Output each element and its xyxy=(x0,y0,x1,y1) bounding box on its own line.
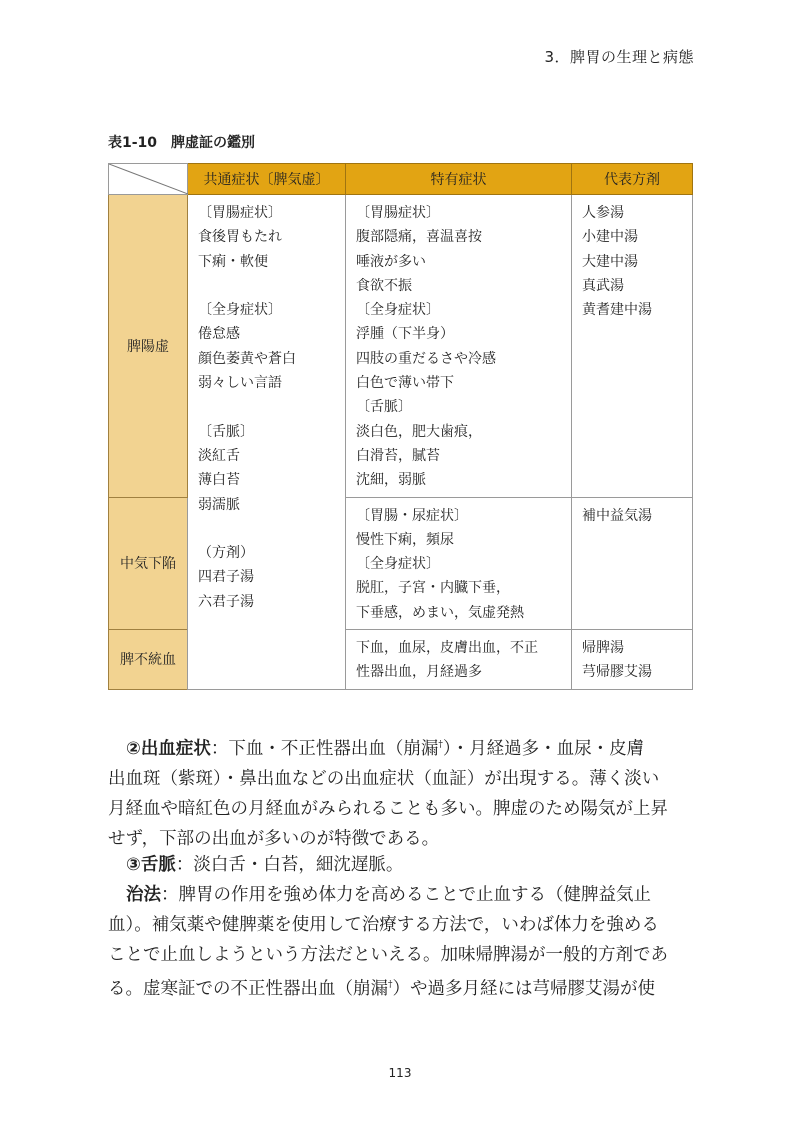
specific-symptoms-cell: 〔胃腸症状〕腹部隠痛，喜温喜按唾液が多い食欲不振〔全身症状〕浮腫（下半身）四肢の… xyxy=(346,195,572,498)
text-line: 出血斑（紫斑）・鼻出血などの出血症状（血証）が出現する。薄く淡い xyxy=(108,764,692,794)
paragraph-treatment: 治法：脾胃の作用を強め体力を高めることで止血する（健脾益気止 血）。補気薬や健脾… xyxy=(108,880,692,1004)
list-item: 白滑苔，膩苔 xyxy=(356,444,561,468)
list-item: 淡白色，肥大歯痕， xyxy=(356,420,561,444)
text-run: ）や過多月経には芎帰膠艾湯が使 xyxy=(393,979,656,999)
running-head: 3．脾胃の生理と病態 xyxy=(544,46,694,67)
list-item: 食後胃もたれ xyxy=(198,225,335,249)
text-run: ：下血・不正性器出血（崩漏 xyxy=(211,739,439,759)
list-item: 〔全身症状〕 xyxy=(356,552,561,576)
formulas-list: 帰脾湯芎帰膠艾湯 xyxy=(572,630,692,689)
section-heading: ③舌脈 xyxy=(126,855,176,875)
list-item: 性器出血，月経過多 xyxy=(356,660,561,684)
row-label: 脾陽虚 xyxy=(109,195,188,498)
header-formulas: 代表方剤 xyxy=(572,164,693,195)
list-item: 〔舌脈〕 xyxy=(198,420,335,444)
list-item: 〔胃腸症状〕 xyxy=(198,201,335,225)
list-item: 下痢・軟便 xyxy=(198,250,335,274)
page-number: 113 xyxy=(0,1066,800,1080)
header-specific-symptoms: 特有症状 xyxy=(346,164,572,195)
header-common-symptoms: 共通症状〔脾気虚〕 xyxy=(188,164,346,195)
list-item: 下垂感，めまい，気虚発熱 xyxy=(356,601,561,625)
blank-line xyxy=(198,517,335,541)
list-item: 帰脾湯 xyxy=(582,636,682,660)
list-item: 薄白苔 xyxy=(198,468,335,492)
list-item: 食欲不振 xyxy=(356,274,561,298)
list-item: 芎帰膠艾湯 xyxy=(582,660,682,684)
list-item: 〔全身症状〕 xyxy=(198,298,335,322)
list-item: 小建中湯 xyxy=(582,225,682,249)
section-heading: 治法 xyxy=(126,885,161,905)
list-item: 〔胃腸・尿症状〕 xyxy=(356,504,561,528)
specific-symptoms-list: 下血，血尿，皮膚出血，不正性器出血，月経過多 xyxy=(346,630,571,689)
list-item: 唾液が多い xyxy=(356,250,561,274)
specific-symptoms-list: 〔胃腸症状〕腹部隠痛，喜温喜按唾液が多い食欲不振〔全身症状〕浮腫（下半身）四肢の… xyxy=(346,195,571,497)
list-item: 倦怠感 xyxy=(198,322,335,346)
list-item: 〔舌脈〕 xyxy=(356,395,561,419)
list-item: 沈細，弱脈 xyxy=(356,468,561,492)
list-item: 真武湯 xyxy=(582,274,682,298)
text-line: 月経血や暗紅色の月経血がみられることも多い。脾虚のため陽気が上昇 xyxy=(108,794,692,824)
table-caption: 表1-10 脾虚証の鑑別 xyxy=(108,132,255,152)
row-label: 中気下陥 xyxy=(109,497,188,629)
specific-symptoms-cell: 〔胃腸・尿症状〕慢性下痢，頻尿〔全身症状〕脱肛，子宮・内臓下垂，下垂感，めまい，… xyxy=(346,497,572,629)
list-item: 浮腫（下半身） xyxy=(356,322,561,346)
list-item: 慢性下痢，頻尿 xyxy=(356,528,561,552)
common-symptoms-cell: 〔胃腸症状〕食後胃もたれ下痢・軟便〔全身症状〕倦怠感顔色萎黄や蒼白弱々しい言語〔… xyxy=(188,195,346,690)
specific-symptoms-list: 〔胃腸・尿症状〕慢性下痢，頻尿〔全身症状〕脱肛，子宮・内臓下垂，下垂感，めまい，… xyxy=(346,498,571,629)
list-item: 四肢の重だるさや冷感 xyxy=(356,347,561,371)
section-heading: ②出血症状 xyxy=(126,739,211,759)
formulas-cell: 帰脾湯芎帰膠艾湯 xyxy=(572,630,693,690)
diagonal-line-icon xyxy=(109,164,188,194)
text-run: る。虚寒証での不正性器出血（崩漏 xyxy=(108,979,388,999)
differentiation-table: 共通症状〔脾気虚〕 特有症状 代表方剤 脾陽虚 〔胃腸症状〕食後胃もたれ下痢・軟… xyxy=(108,163,693,690)
formulas-cell: 補中益気湯 xyxy=(572,497,693,629)
list-item: 顔色萎黄や蒼白 xyxy=(198,347,335,371)
list-item: 脱肛，子宮・内臓下垂， xyxy=(356,576,561,600)
list-item: 四君子湯 xyxy=(198,565,335,589)
list-item: 淡紅舌 xyxy=(198,444,335,468)
list-item: 腹部隠痛，喜温喜按 xyxy=(356,225,561,249)
list-item: 六君子湯 xyxy=(198,590,335,614)
paragraph-tongue-pulse: ③舌脈：淡白舌・白苔，細沈遅脈。 xyxy=(108,850,692,880)
list-item: 白色で薄い帯下 xyxy=(356,371,561,395)
formulas-list: 人参湯小建中湯大建中湯真武湯黄耆建中湯 xyxy=(572,195,692,326)
list-item: 人参湯 xyxy=(582,201,682,225)
text-line: 血）。補気薬や健脾薬を使用して治療する方法で，いわば体力を強める xyxy=(108,910,692,940)
list-item: 弱濡脈 xyxy=(198,493,335,517)
list-item: 〔胃腸症状〕 xyxy=(356,201,561,225)
list-item: 大建中湯 xyxy=(582,250,682,274)
text-run: ：脾胃の作用を強め体力を高めることで止血する（健脾益気止 xyxy=(161,885,651,905)
list-item: 下血，血尿，皮膚出血，不正 xyxy=(356,636,561,660)
common-symptoms-list: 〔胃腸症状〕食後胃もたれ下痢・軟便〔全身症状〕倦怠感顔色萎黄や蒼白弱々しい言語〔… xyxy=(188,195,345,618)
list-item: （方剤） xyxy=(198,541,335,565)
specific-symptoms-cell: 下血，血尿，皮膚出血，不正性器出血，月経過多 xyxy=(346,630,572,690)
text-run: ：淡白舌・白苔，細沈遅脈。 xyxy=(176,855,404,875)
list-item: 補中益気湯 xyxy=(582,504,682,528)
list-item: 黄耆建中湯 xyxy=(582,298,682,322)
text-run: ）・月経過多・血尿・皮膚 xyxy=(443,739,644,759)
formulas-list: 補中益気湯 xyxy=(572,498,692,532)
formulas-cell: 人参湯小建中湯大建中湯真武湯黄耆建中湯 xyxy=(572,195,693,498)
row-label: 脾不統血 xyxy=(109,630,188,690)
list-item: 〔全身症状〕 xyxy=(356,298,561,322)
paragraph-bleeding-symptoms: ②出血症状：下血・不正性器出血（崩漏†）・月経過多・血尿・皮膚 出血斑（紫斑）・… xyxy=(108,730,692,854)
blank-line xyxy=(198,274,335,298)
corner-cell xyxy=(109,164,188,195)
list-item: 弱々しい言語 xyxy=(198,371,335,395)
text-line: ことで止血しようという方法だといえる。加味帰脾湯が一般的方剤であ xyxy=(108,940,692,970)
blank-line xyxy=(198,395,335,419)
